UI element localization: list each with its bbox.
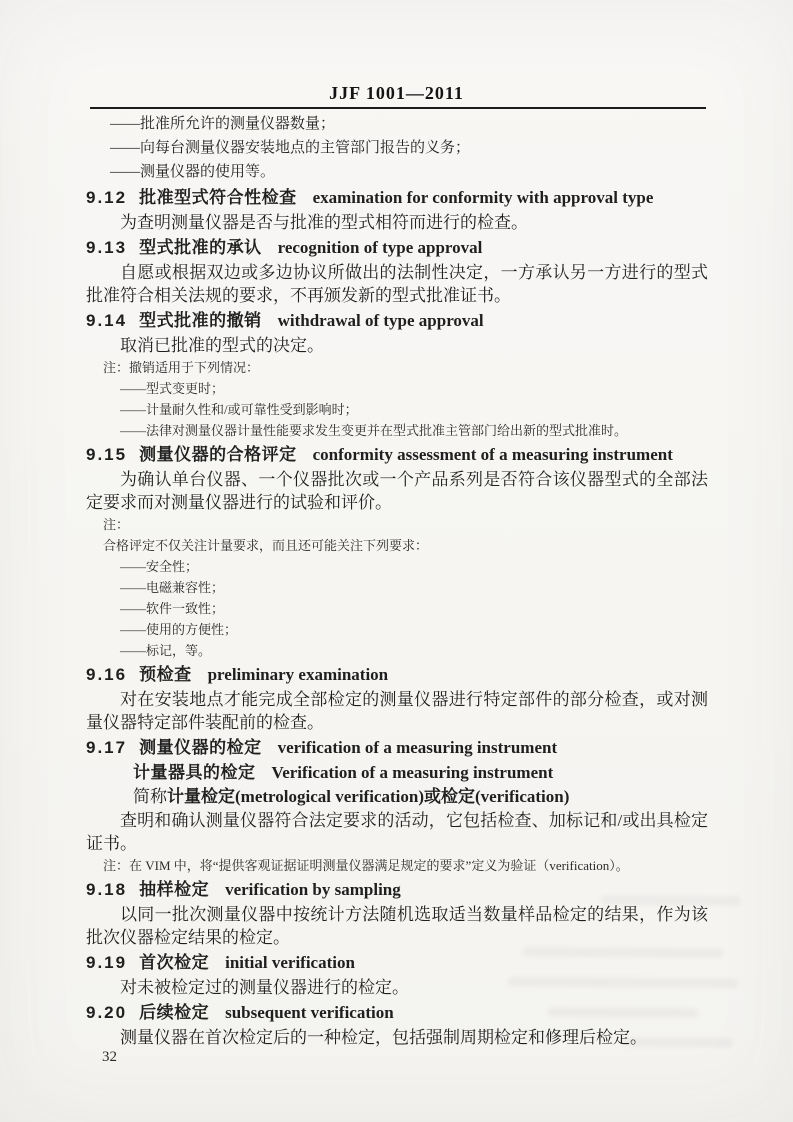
term-en: verification by sampling: [225, 880, 401, 899]
definition-text: 以同一批次测量仪器中按统计方法随机选取适当数量样品检定的结果，作为该批次仪器检定…: [86, 903, 708, 949]
note-list-item: ——电磁兼容性；: [86, 577, 708, 598]
clause-number: 9.13: [86, 238, 127, 257]
note-list-item: ——软件一致性；: [86, 598, 708, 619]
clause-number: 9.16: [86, 665, 127, 684]
scanned-page: JJF 1001—2011 ——批准所允许的测量仪器数量；——向每台测量仪器安装…: [0, 0, 793, 1122]
clause-number: 9.14: [86, 311, 127, 330]
header-rule: [90, 107, 706, 109]
bleed-through-artifact: [601, 896, 741, 906]
clause-number: 9.15: [86, 445, 127, 464]
note-list-item: ——标记，等。: [86, 640, 708, 661]
note-list-item: ——型式变更时；: [86, 378, 708, 399]
clause-number: 9.19: [86, 953, 127, 972]
definition-text: 测量仪器在首次检定后的一种检定，包括强制周期检定和修理后检定。: [86, 1026, 708, 1049]
bleed-through-artifact: [508, 977, 738, 988]
definition-text: 为查明测量仪器是否与批准的型式相符而进行的检查。: [86, 211, 708, 234]
content-flow: ——批准所允许的测量仪器数量；——向每台测量仪器安装地点的主管部门报告的义务；—…: [86, 112, 708, 1049]
definition-heading: 9.17测量仪器的检定verification of a measuring i…: [86, 736, 708, 760]
list-item: ——批准所允许的测量仪器数量；: [86, 112, 708, 136]
clause-number: 9.12: [86, 188, 127, 207]
term-en: preliminary examination: [208, 665, 389, 684]
note-line: 注：在 VIM 中，将“提供客观证据证明测量仪器满足规定的要求”定义为验证（ve…: [86, 855, 708, 876]
term-zh: 预检查: [139, 665, 192, 684]
clause-number: 9.20: [86, 1003, 127, 1022]
term-zh: 测量仪器的合格评定: [139, 445, 297, 464]
term-en: withdrawal of type approval: [278, 311, 484, 330]
term-zh: 后续检定: [139, 1003, 209, 1022]
definition-heading: 9.13型式批准的承认recognition of type approval: [86, 236, 708, 260]
definition-text: 为确认单台仪器、一个仪器批次或一个产品系列是否符合该仪器型式的全部法定要求而对测…: [86, 468, 708, 514]
term-zh: 抽样检定: [139, 880, 209, 899]
bleed-through-artifact: [523, 947, 723, 957]
note-list-item: ——安全性；: [86, 556, 708, 577]
definition-text: 自愿或根据双边或多边协议所做出的法制性决定，一方承认另一方进行的型式批准符合相关…: [86, 261, 708, 307]
note-list-item: ——使用的方便性；: [86, 619, 708, 640]
clause-number: 9.17: [86, 738, 127, 757]
definition-heading: 9.14型式批准的撤销withdrawal of type approval: [86, 309, 708, 333]
term-en: Verification of a measuring instrument: [272, 763, 554, 782]
term-zh: 计量器具的检定: [133, 763, 256, 782]
definition-heading: 9.16预检查preliminary examination: [86, 663, 708, 687]
bleed-through-artifact: [623, 1038, 733, 1048]
definition-heading: 9.12批准型式符合性检查examination for conformity …: [86, 186, 708, 210]
document-header: JJF 1001—2011: [0, 83, 793, 104]
definition-text: 对在安装地点才能完成全部检定的测量仪器进行特定部件的部分检查，或对测量仪器特定部…: [86, 688, 708, 734]
term-en: examination for conformity with approval…: [313, 188, 654, 207]
clause-number: 9.18: [86, 880, 127, 899]
page-number: 32: [102, 1049, 117, 1066]
definition-heading: 9.15测量仪器的合格评定conformity assessment of a …: [86, 443, 708, 467]
term-zh: 测量仪器的检定: [139, 738, 262, 757]
alias-term: 计量检定(metrological verification)或检定(verif…: [167, 787, 569, 806]
term-en: verification of a measuring instrument: [278, 738, 558, 757]
term-en: conformity assessment of a measuring ins…: [313, 445, 673, 464]
definition-alias: 简称计量检定(metrological verification)或检定(ver…: [86, 785, 708, 809]
note-line: 注：: [86, 514, 708, 535]
term-en: recognition of type approval: [278, 238, 483, 257]
note-line: 合格评定不仅关注计量要求，而且还可能关注下列要求：: [86, 535, 708, 556]
term-zh: 批准型式符合性检查: [139, 188, 297, 207]
list-item: ——向每台测量仪器安装地点的主管部门报告的义务；: [86, 136, 708, 160]
term-zh: 型式批准的承认: [139, 238, 262, 257]
bleed-through-artifact: [548, 1007, 698, 1017]
definition-text: 取消已批准的型式的决定。: [86, 334, 708, 357]
note-list-item: ——法律对测量仪器计量性能要求发生变更并在型式批准主管部门给出新的型式批准时。: [86, 420, 708, 441]
note-list-item: ——计量耐久性和/或可靠性受到影响时；: [86, 399, 708, 420]
term-en: initial verification: [225, 953, 355, 972]
list-item: ——测量仪器的使用等。: [86, 160, 708, 184]
alias-prefix: 简称: [133, 787, 167, 806]
definition-text: 查明和确认测量仪器符合法定要求的活动，它包括检查、加标记和/或出具检定证书。: [86, 809, 708, 855]
term-zh: 型式批准的撤销: [139, 311, 262, 330]
note-line: 注：撤销适用于下列情况：: [86, 357, 708, 378]
definition-subheading: 计量器具的检定Verification of a measuring instr…: [86, 761, 708, 785]
term-zh: 首次检定: [139, 953, 209, 972]
term-en: subsequent verification: [225, 1003, 394, 1022]
